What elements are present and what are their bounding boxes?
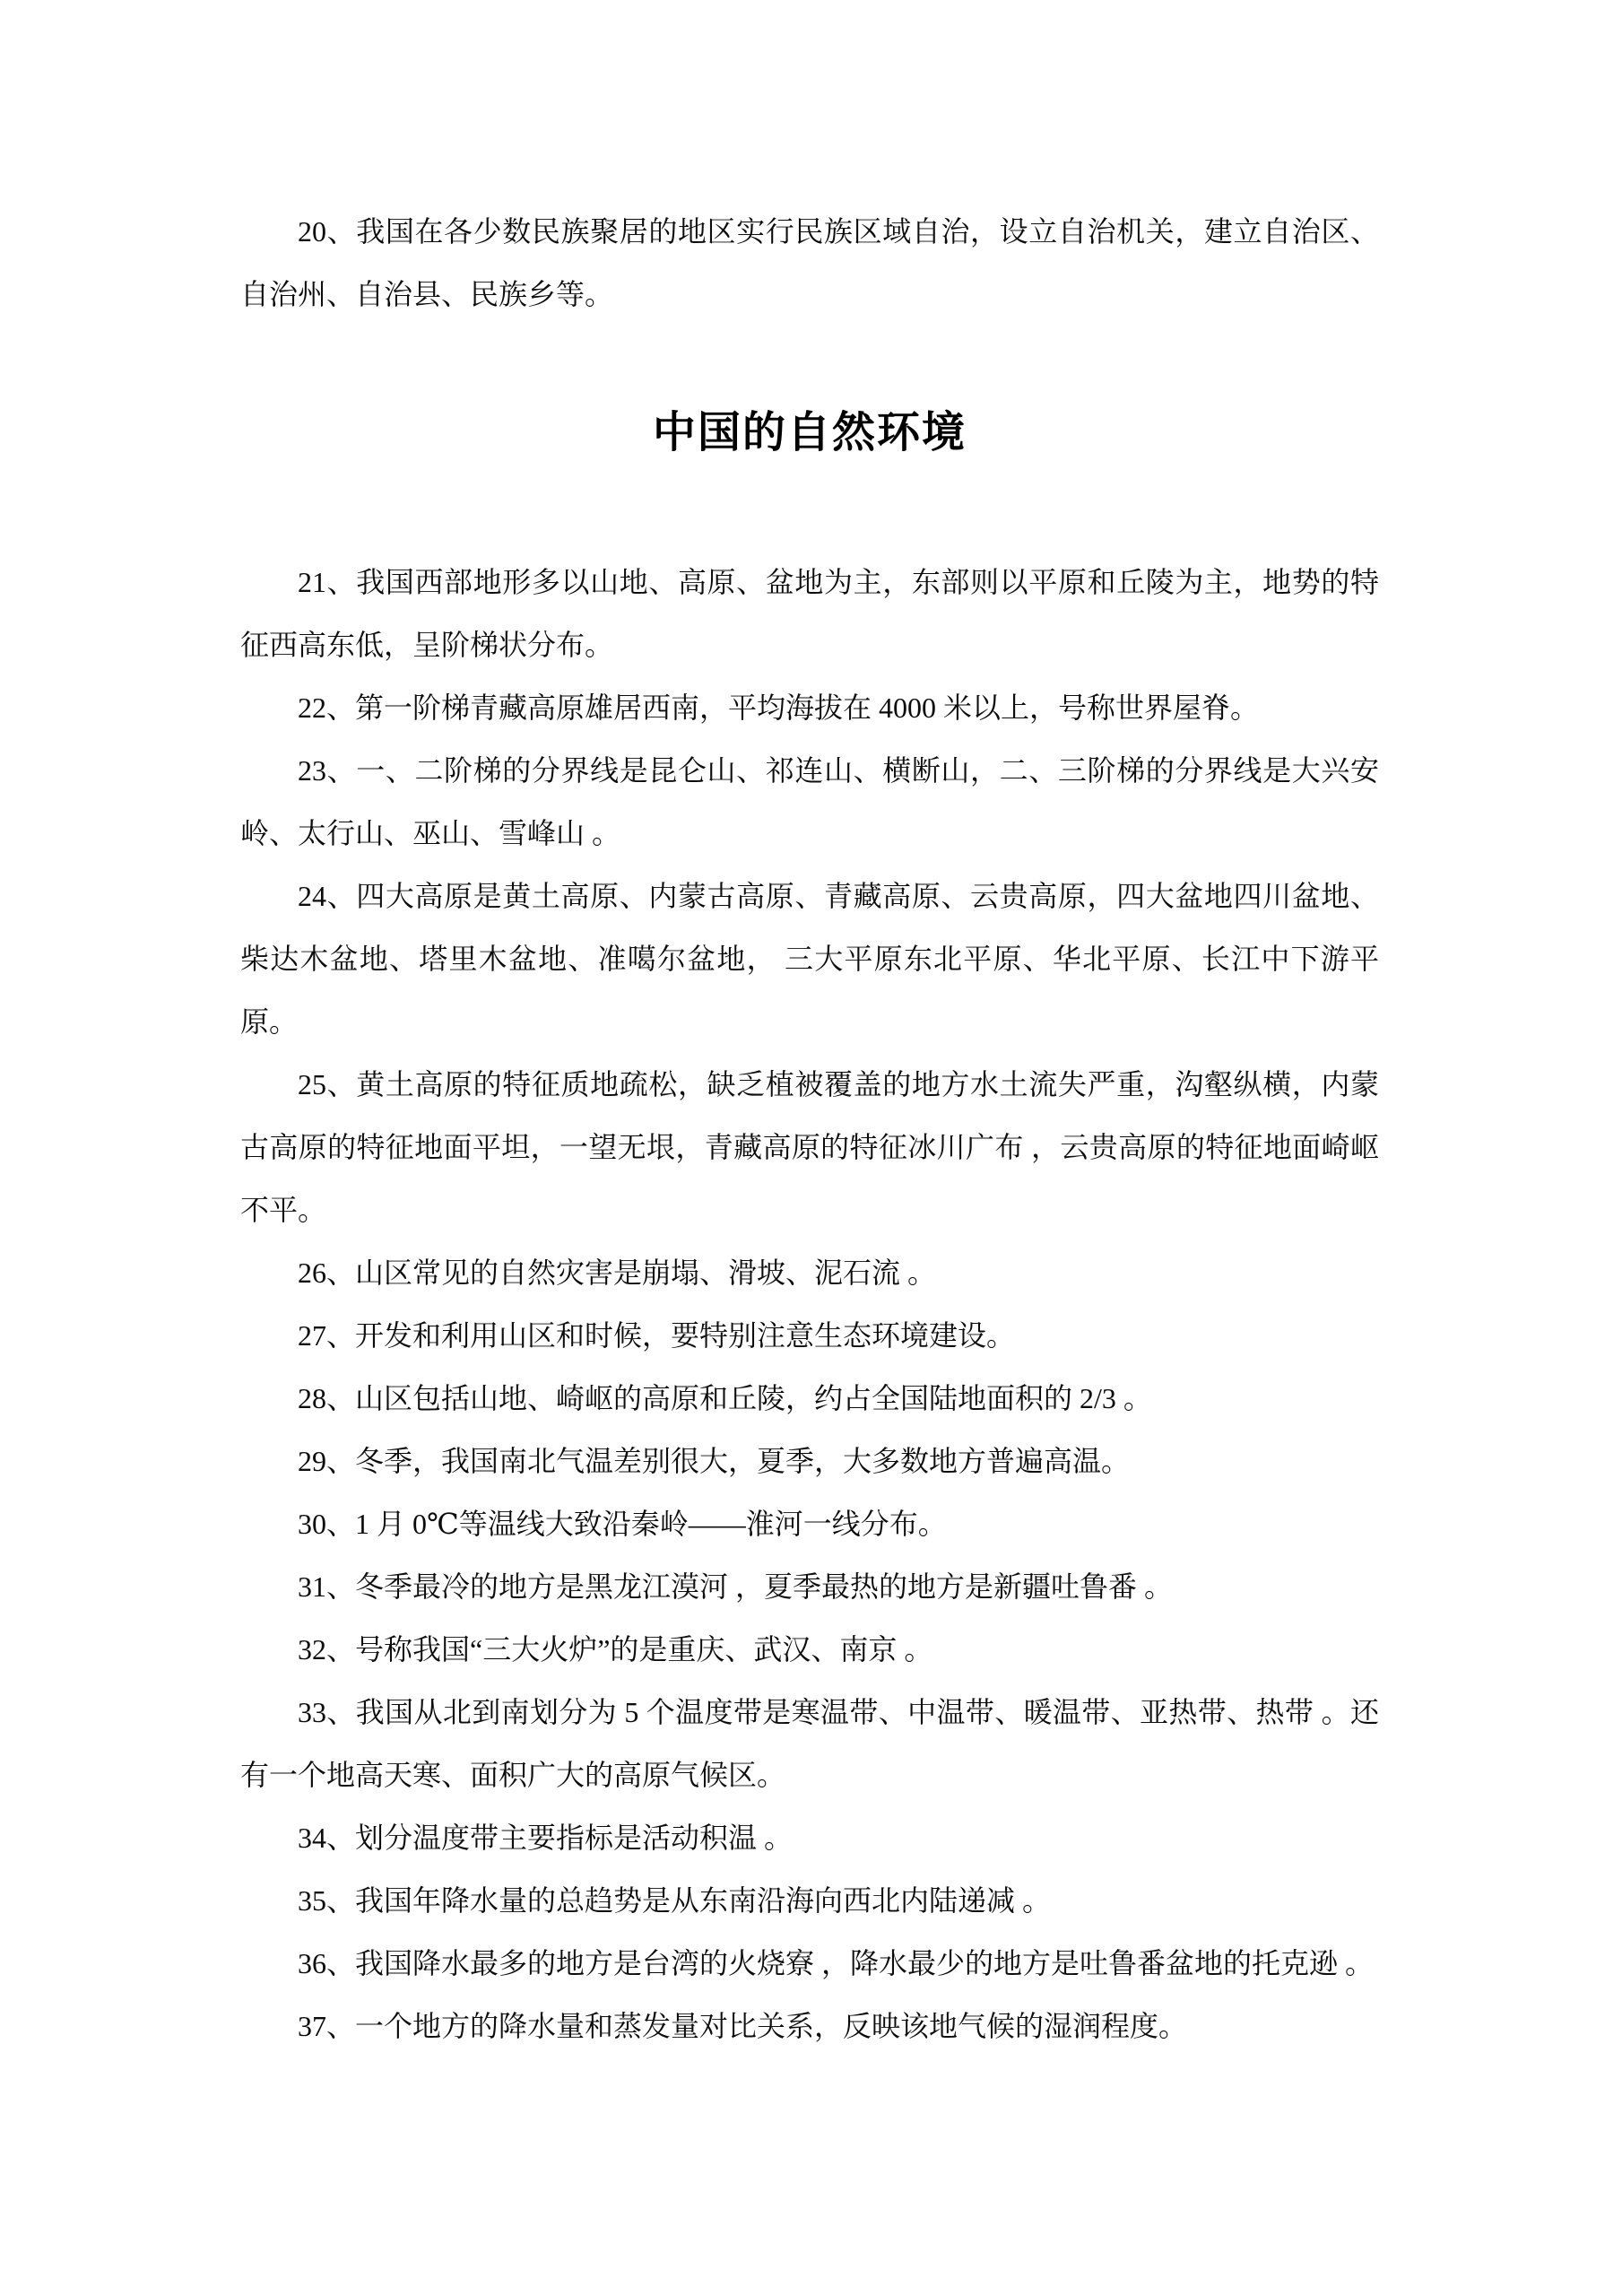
paragraph-item-32: 32、号称我国“三大火炉”的是重庆、武汉、南京 。 [240, 1618, 1379, 1681]
document-page: 20、我国在各少数民族聚居的地区实行民族区域自治，设立自治机关，建立自治区、自治… [240, 200, 1379, 2057]
document-background: { "page": { "background_color": "#ffffff… [0, 0, 1622, 2296]
paragraph-item-31: 31、冬季最冷的地方是黑龙江漠河 ，夏季最热的地方是新疆吐鲁番 。 [240, 1555, 1379, 1618]
paragraph-item-24: 24、四大高原是黄土高原、内蒙古高原、青藏高原、云贵高原，四大盆地四川盆地、柴达… [240, 865, 1379, 1053]
section-title: 中国的自然环境 [240, 396, 1379, 471]
paragraph-item-37: 37、一个地方的降水量和蒸发量对比关系，反映该地气候的湿润程度。 [240, 1995, 1379, 2057]
paragraph-item-27: 27、开发和利用山区和时候，要特别注意生态环境建设。 [240, 1304, 1379, 1367]
paragraph-item-28: 28、山区包括山地、崎岖的高原和丘陵，约占全国陆地面积的 2/3 。 [240, 1367, 1379, 1430]
paragraph-item-20: 20、我国在各少数民族聚居的地区实行民族区域自治，设立自治机关，建立自治区、自治… [240, 200, 1379, 326]
paragraph-item-34: 34、划分温度带主要指标是活动积温 。 [240, 1806, 1379, 1869]
paragraph-item-21: 21、我国西部地形多以山地、高原、盆地为主，东部则以平原和丘陵为主，地势的特征西… [240, 551, 1379, 676]
paragraph-item-22: 22、第一阶梯青藏高原雄居西南，平均海拔在 4000 米以上，号称世界屋脊。 [240, 676, 1379, 739]
paragraph-item-23: 23、一、二阶梯的分界线是昆仑山、祁连山、横断山，二、三阶梯的分界线是大兴安岭、… [240, 739, 1379, 865]
paragraph-item-30: 30、1 月 0℃等温线大致沿秦岭——淮河一线分布。 [240, 1492, 1379, 1555]
paragraph-item-29: 29、冬季，我国南北气温差别很大，夏季，大多数地方普遍高温。 [240, 1430, 1379, 1492]
paragraph-item-36: 36、我国降水最多的地方是台湾的火烧寮 ，降水最少的地方是吐鲁番盆地的托克逊 。 [240, 1932, 1379, 1995]
paragraph-item-33: 33、我国从北到南划分为 5 个温度带是寒温带、中温带、暖温带、亚热带、热带 。… [240, 1681, 1379, 1806]
paragraph-item-35: 35、我国年降水量的总趋势是从东南沿海向西北内陆递减 。 [240, 1869, 1379, 1932]
paragraph-item-26: 26、山区常见的自然灾害是崩塌、滑坡、泥石流 。 [240, 1241, 1379, 1304]
paragraph-item-25: 25、黄土高原的特征质地疏松，缺乏植被覆盖的地方水土流失严重，沟壑纵横，内蒙古高… [240, 1053, 1379, 1241]
